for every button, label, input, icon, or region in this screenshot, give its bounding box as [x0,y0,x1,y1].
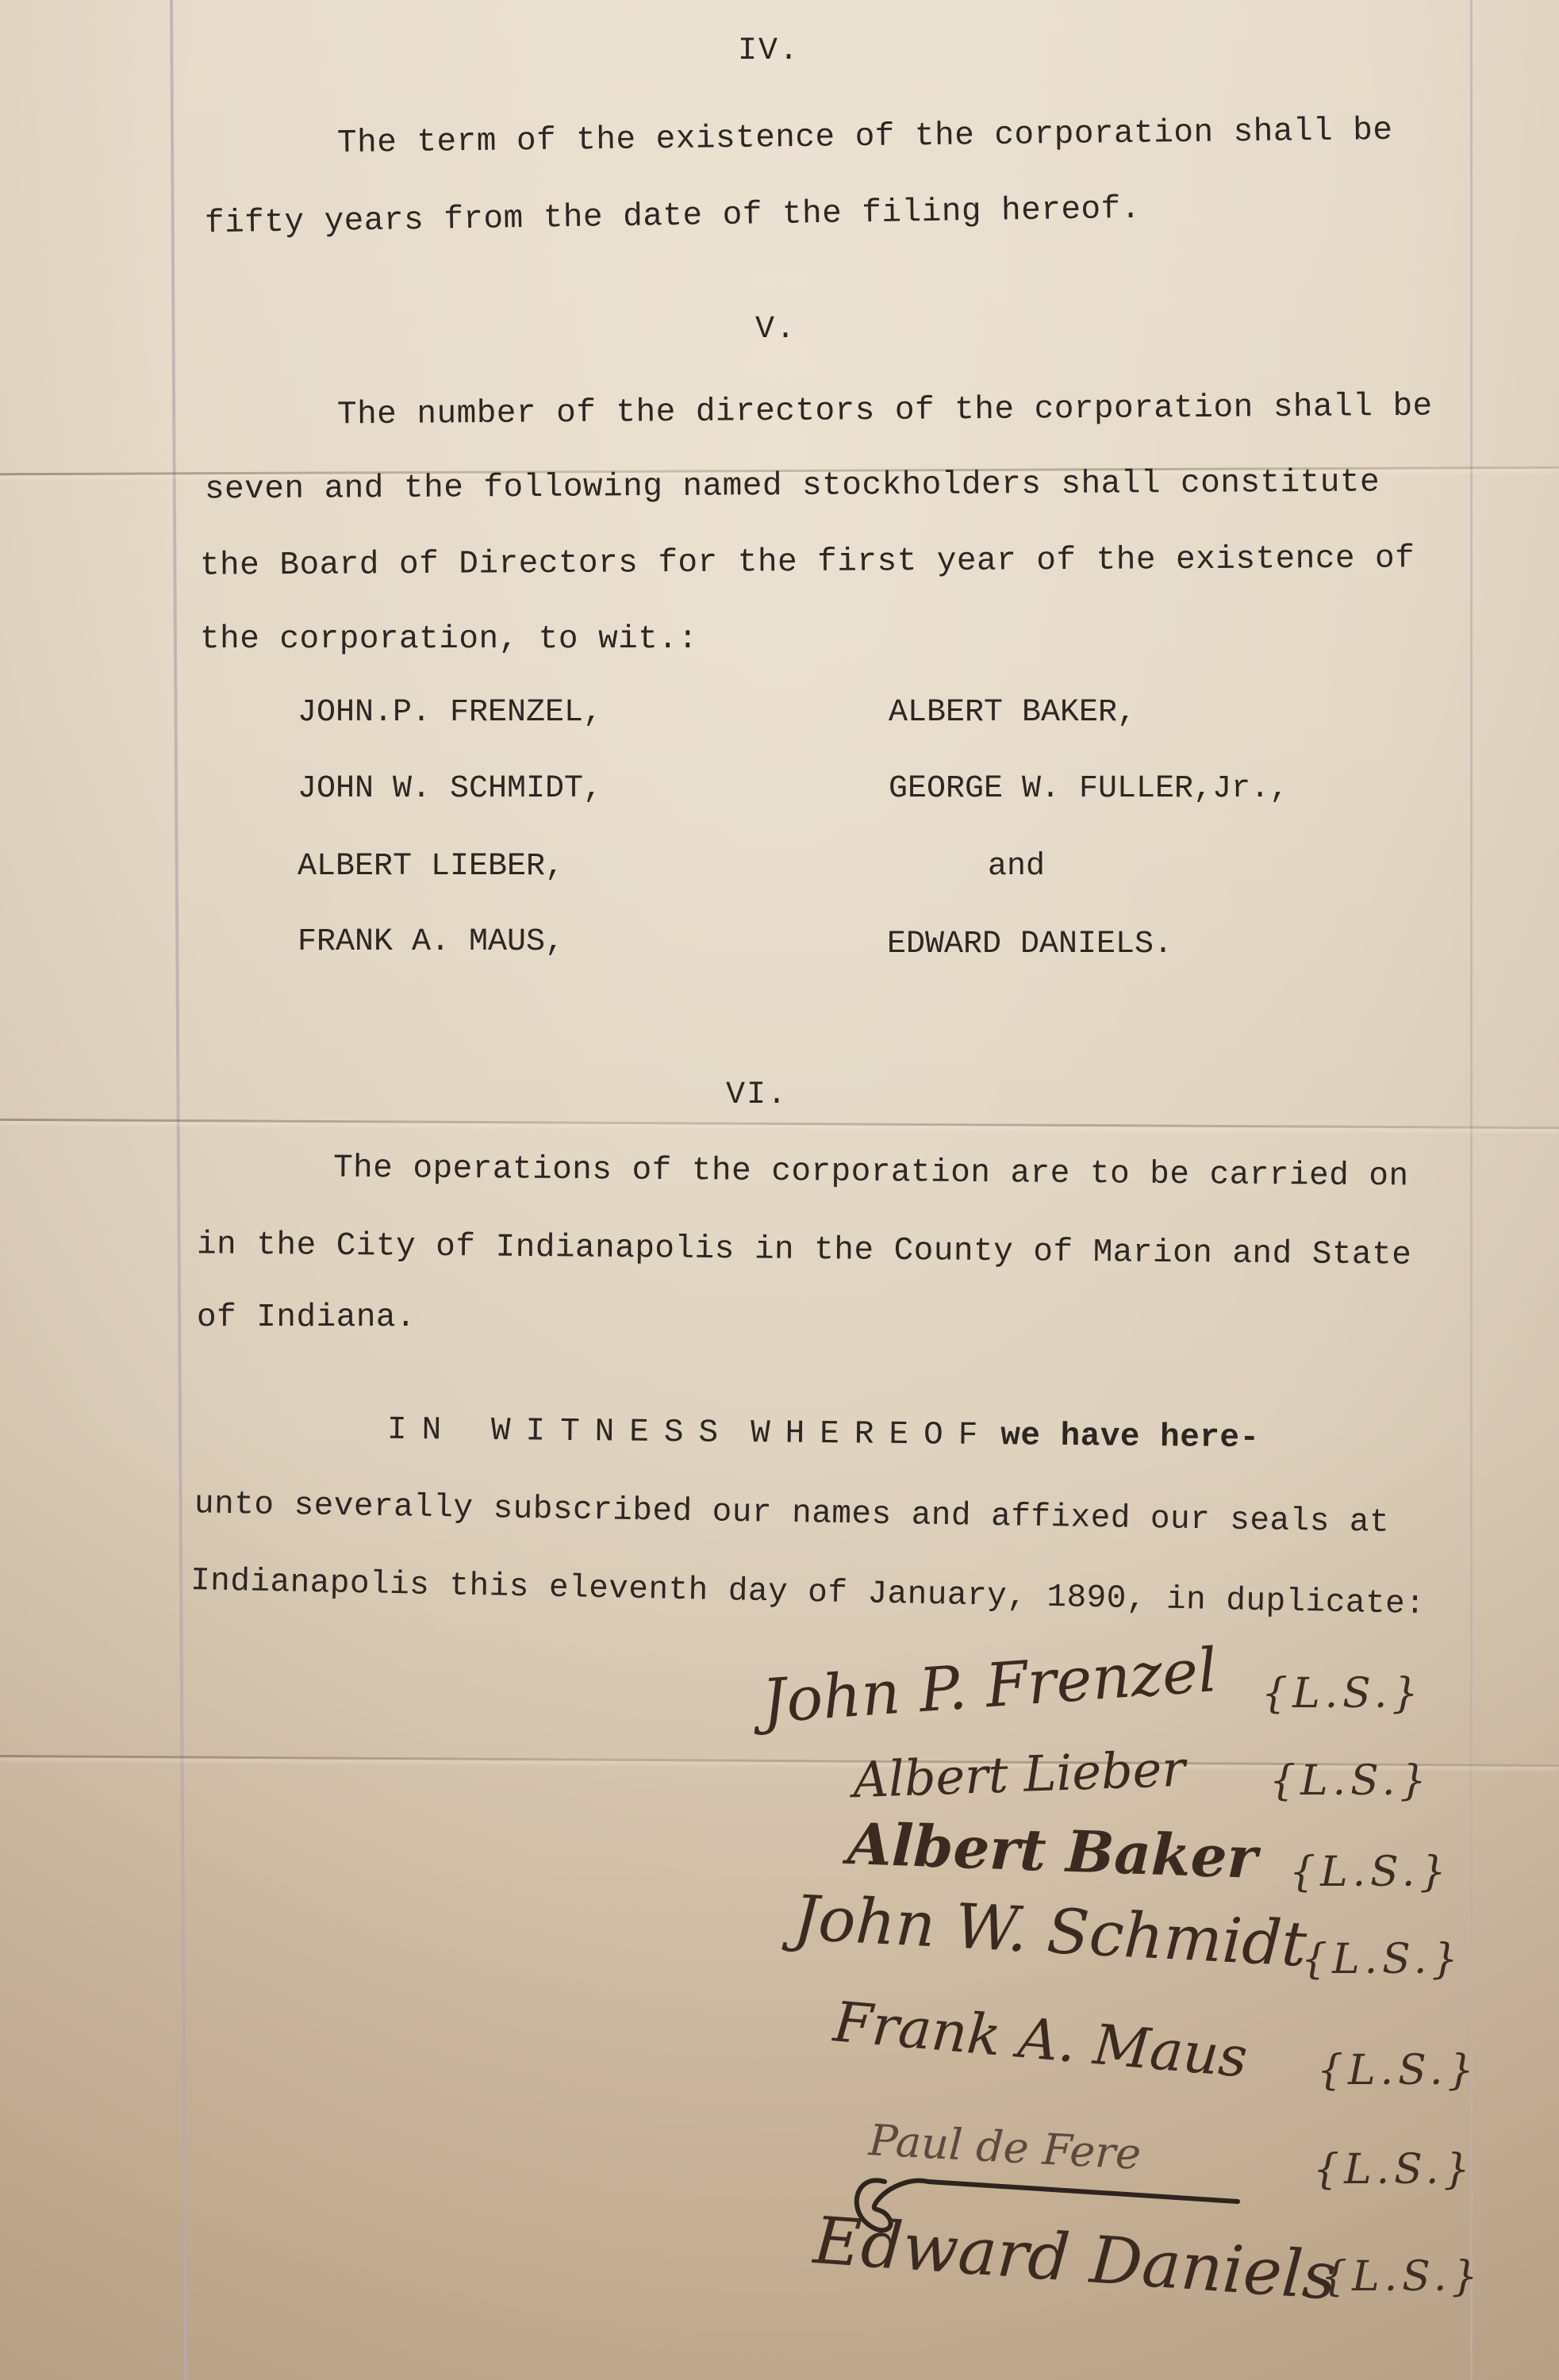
seal-mark: {L.S.} [1269,1757,1431,1805]
director-name: ALBERT LIEBER, [298,849,564,885]
seal-mark: {L.S.} [1317,2047,1479,2094]
signature: Frank A. Maus [831,1989,1250,2090]
seal-mark: {L.S.} [1261,1670,1423,1718]
section-iv-line-2: fifty years from the date of the filing … [205,191,1141,243]
document-page: IV. The term of the existence of the cor… [0,0,1559,2380]
director-name: EDWARD DANIELS. [887,927,1173,962]
section-heading-vi: VI. [726,1077,788,1113]
section-vi-line-3: of Indiana. [197,1299,416,1336]
directors-conjunction: and [988,849,1045,885]
fold-crease [0,1119,1559,1129]
signature: John W. Schmidt [792,1883,1308,1981]
left-margin-rule [170,0,187,2380]
section-vi-line-1: The operations of the corporation are to… [333,1150,1409,1196]
witness-line-1-rest: we have here- [1000,1418,1260,1457]
right-margin-rule [1470,0,1473,2380]
seal-mark: {L.S.} [1301,1936,1463,1983]
director-name: JOHN.P. FRENZEL, [298,695,602,731]
section-heading-v: V. [755,312,797,347]
director-name: JOHN W. SCHMIDT, [298,771,602,807]
section-v-line-4: the corporation, to wit.: [200,621,698,658]
witness-line-2: unto severally subscribed our names and … [194,1486,1390,1541]
section-v-line-3: the Board of Directors for the first yea… [200,540,1415,584]
director-name: GEORGE W. FULLER,Jr., [889,771,1288,807]
signature: Albert Lieber [852,1740,1186,1810]
section-iv-line-1: The term of the existence of the corpora… [337,113,1393,162]
section-v-line-2: seven and the following named stockholde… [205,464,1380,508]
section-vi-line-2: in the City of Indianapolis in the Count… [197,1226,1412,1273]
seal-mark: {L.S.} [1289,1848,1451,1896]
witness-line-3: Indianapolis this eleventh day of Januar… [190,1563,1426,1623]
seal-mark: {L.S.} [1321,2253,1483,2301]
witness-spaced-a: IN WITNESS [387,1412,733,1452]
seal-mark: {L.S.} [1313,2146,1475,2194]
section-heading-iv: IV. [738,33,800,69]
signature: John P. Frenzel [760,1634,1219,1737]
signature: Albert Baker [847,1810,1258,1891]
witness-line-1: IN WITNESSWHEREOFwe have here- [387,1412,1260,1457]
director-name: ALBERT BAKER, [889,695,1136,731]
section-v-line-1: The number of the directors of the corpo… [337,389,1433,434]
director-name: FRANK A. MAUS, [298,924,564,960]
witness-spaced-b: WHEREOF [751,1415,993,1454]
